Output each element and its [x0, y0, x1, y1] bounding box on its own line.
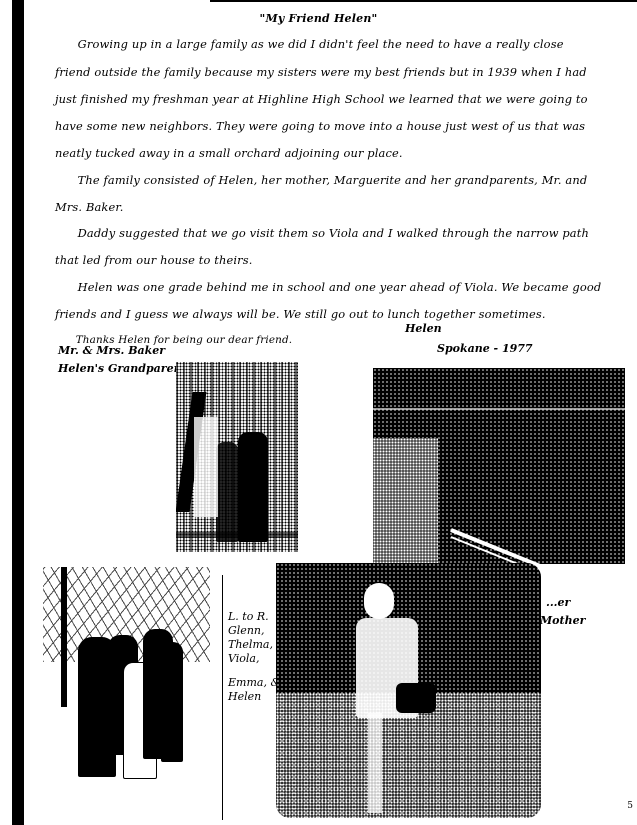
text-line: friends and I guess we always will be. W…: [55, 307, 546, 321]
text-line: Helen was one grade behind me in school …: [55, 280, 601, 294]
caption-grandparents-names: Mr. & Mrs. Baker: [58, 344, 165, 357]
caption-line: Glenn,: [228, 624, 264, 637]
scan-margin-bar: [12, 0, 24, 825]
photo-helen-spokane: [373, 368, 625, 564]
text-line: The family consisted of Helen, her mothe…: [55, 173, 587, 187]
photo-group: [43, 567, 210, 785]
caption-spokane-1977: Spokane - 1977: [437, 342, 533, 355]
photo-divider-line: [222, 575, 223, 820]
text-line: just finished my freshman year at Highli…: [55, 92, 588, 106]
text-line: that led from our house to theirs.: [55, 253, 253, 267]
text-line: Mrs. Baker.: [55, 200, 123, 214]
text-line: Daddy suggested that we go visit them so…: [55, 226, 589, 240]
caption-line: Emma, &: [228, 676, 280, 689]
caption-grandparents-label: Helen's Grandparents: [58, 362, 193, 375]
caption-line: Thelma,: [228, 638, 273, 651]
caption-mother-line1: ...er: [546, 596, 570, 609]
page-title: "My Friend Helen": [0, 12, 637, 25]
text-line: have some new neighbors. They were going…: [55, 119, 585, 133]
caption-line: Helen: [228, 690, 261, 703]
caption-helen: Helen: [405, 322, 442, 335]
text-line: Growing up in a large family as we did I…: [55, 37, 564, 51]
caption-line: Viola,: [228, 652, 259, 665]
text-line: neatly tucked away in a small orchard ad…: [55, 146, 403, 160]
page-number: 5: [627, 801, 633, 811]
photo-grandparents: [176, 362, 298, 552]
text-line: friend outside the family because my sis…: [55, 65, 587, 79]
photo-mother: [276, 563, 541, 818]
top-border-line: [210, 0, 637, 2]
caption-mother-line2: Mother: [540, 614, 585, 627]
caption-line: L. to R.: [228, 610, 269, 623]
